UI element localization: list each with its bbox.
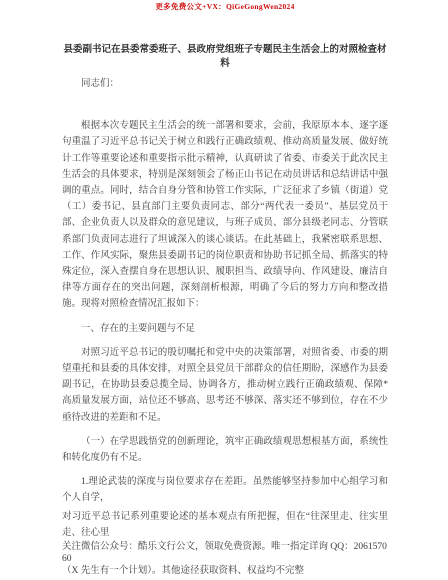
ad-line-2: （X 先生有一个计划）。其他途径获取资料、权益均不完整 [62, 565, 388, 577]
paragraph-opening: 根据本次专题民主生活会的统一部署和要求，会前，我原原本本、逐字逐句重温了习近平总… [62, 118, 388, 312]
ad-line-1: 关注微信公众号：酷乐文行公文，领取免费资源。唯一指定详询 QQ：20615706… [62, 541, 388, 565]
subsection-heading-1: （一）在学思践悟党的创新理论，筑牢正确政绩观思想根基方面，系统性和转化度仍有不足… [62, 434, 388, 466]
paragraph-continuation: 对习近平总书记系列重要论述的基本观点有所把握，但在“往深里走、往实里走、往心里 [62, 509, 388, 541]
document-page: 更多免费公文+VX：QiGeGongWen2024 县委副书记在县委常委班子、县… [0, 0, 448, 580]
salutation: 同志们： [62, 76, 388, 92]
numbered-point-1: 1.理论武装的深度与岗位要求存在差距。虽然能够坚持参加中心组学习和个人自学， [62, 474, 388, 506]
document-title: 县委副书记在县委常委班子、县政府党组班子专题民主生活会上的对照检查材料 [62, 43, 388, 71]
promo-watermark: 更多免费公文+VX：QiGeGongWen2024 [62, 2, 388, 12]
section-heading-1: 一、存在的主要问题与不足 [62, 321, 388, 337]
paragraph-problems-overview: 对照习近平总书记的殷切嘱托和党中央的决策部署，对照省委、市委的期望重托和县委的具… [62, 345, 388, 426]
